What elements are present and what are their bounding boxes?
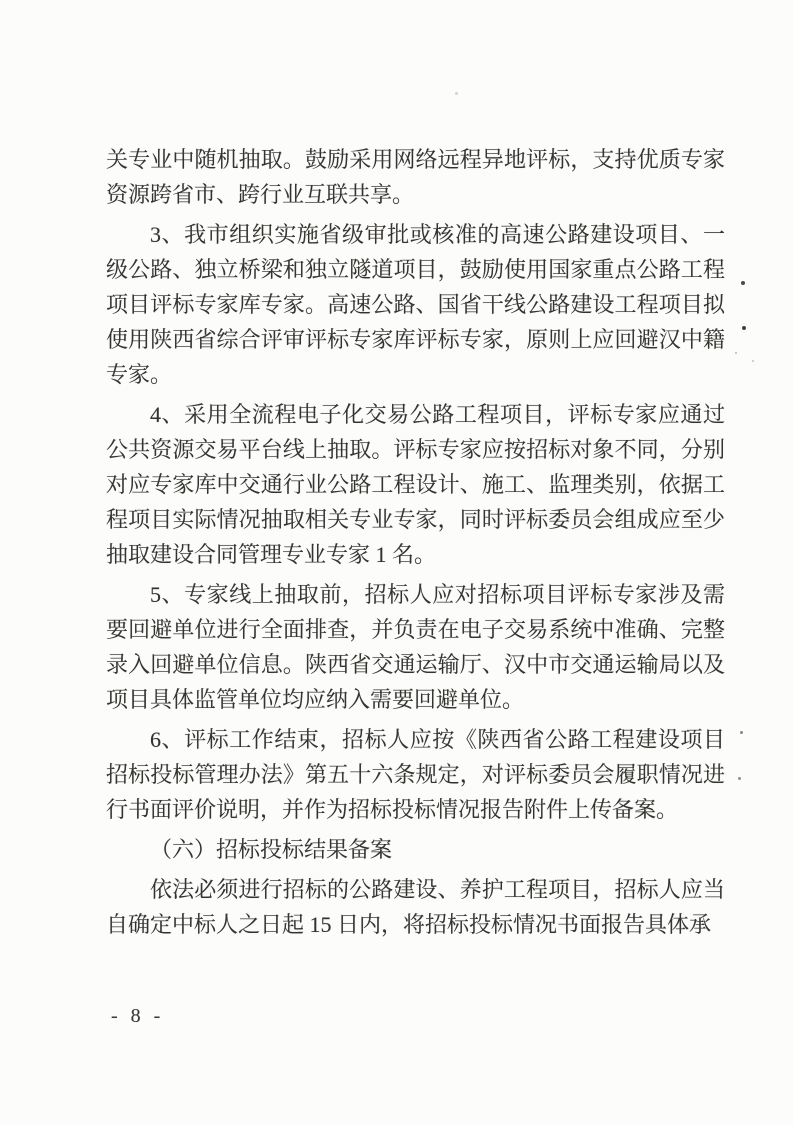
scan-speck bbox=[455, 92, 458, 95]
scan-speck bbox=[752, 360, 754, 362]
page-number: - 8 - bbox=[111, 1005, 164, 1028]
body-paragraph: 6、评标工作结束，招标人应按《陕西省公路工程建设项目招标投标管理办法》第五十六条… bbox=[106, 722, 725, 827]
section-heading: （六）招标投标结果备案 bbox=[106, 832, 725, 867]
scan-speck bbox=[738, 777, 741, 780]
document-body: 关专业中随机抽取。鼓励采用网络远程异地评标，支持优质专家资源跨省市、跨行业互联共… bbox=[106, 142, 725, 947]
scan-speck bbox=[742, 326, 746, 330]
body-paragraph: 关专业中随机抽取。鼓励采用网络远程异地评标，支持优质专家资源跨省市、跨行业互联共… bbox=[106, 142, 725, 212]
scan-speck bbox=[741, 281, 745, 285]
body-paragraph: 依法必须进行招标的公路建设、养护工程项目，招标人应当自确定中标人之日起 15 日… bbox=[106, 872, 725, 942]
body-paragraph: 3、我市组织实施省级审批或核准的高速公路建设项目、一级公路、独立桥梁和独立隧道项… bbox=[106, 217, 725, 392]
scanned-document-page: 关专业中随机抽取。鼓励采用网络远程异地评标，支持优质专家资源跨省市、跨行业互联共… bbox=[0, 0, 793, 1125]
scan-speck bbox=[735, 352, 737, 354]
body-paragraph: 5、专家线上抽取前，招标人应对招标项目评标专家涉及需要回避单位进行全面排查，并负… bbox=[106, 577, 725, 717]
body-paragraph: 4、采用全流程电子化交易公路工程项目，评标专家应通过公共资源交易平台线上抽取。评… bbox=[106, 397, 725, 572]
scan-speck bbox=[740, 731, 743, 734]
